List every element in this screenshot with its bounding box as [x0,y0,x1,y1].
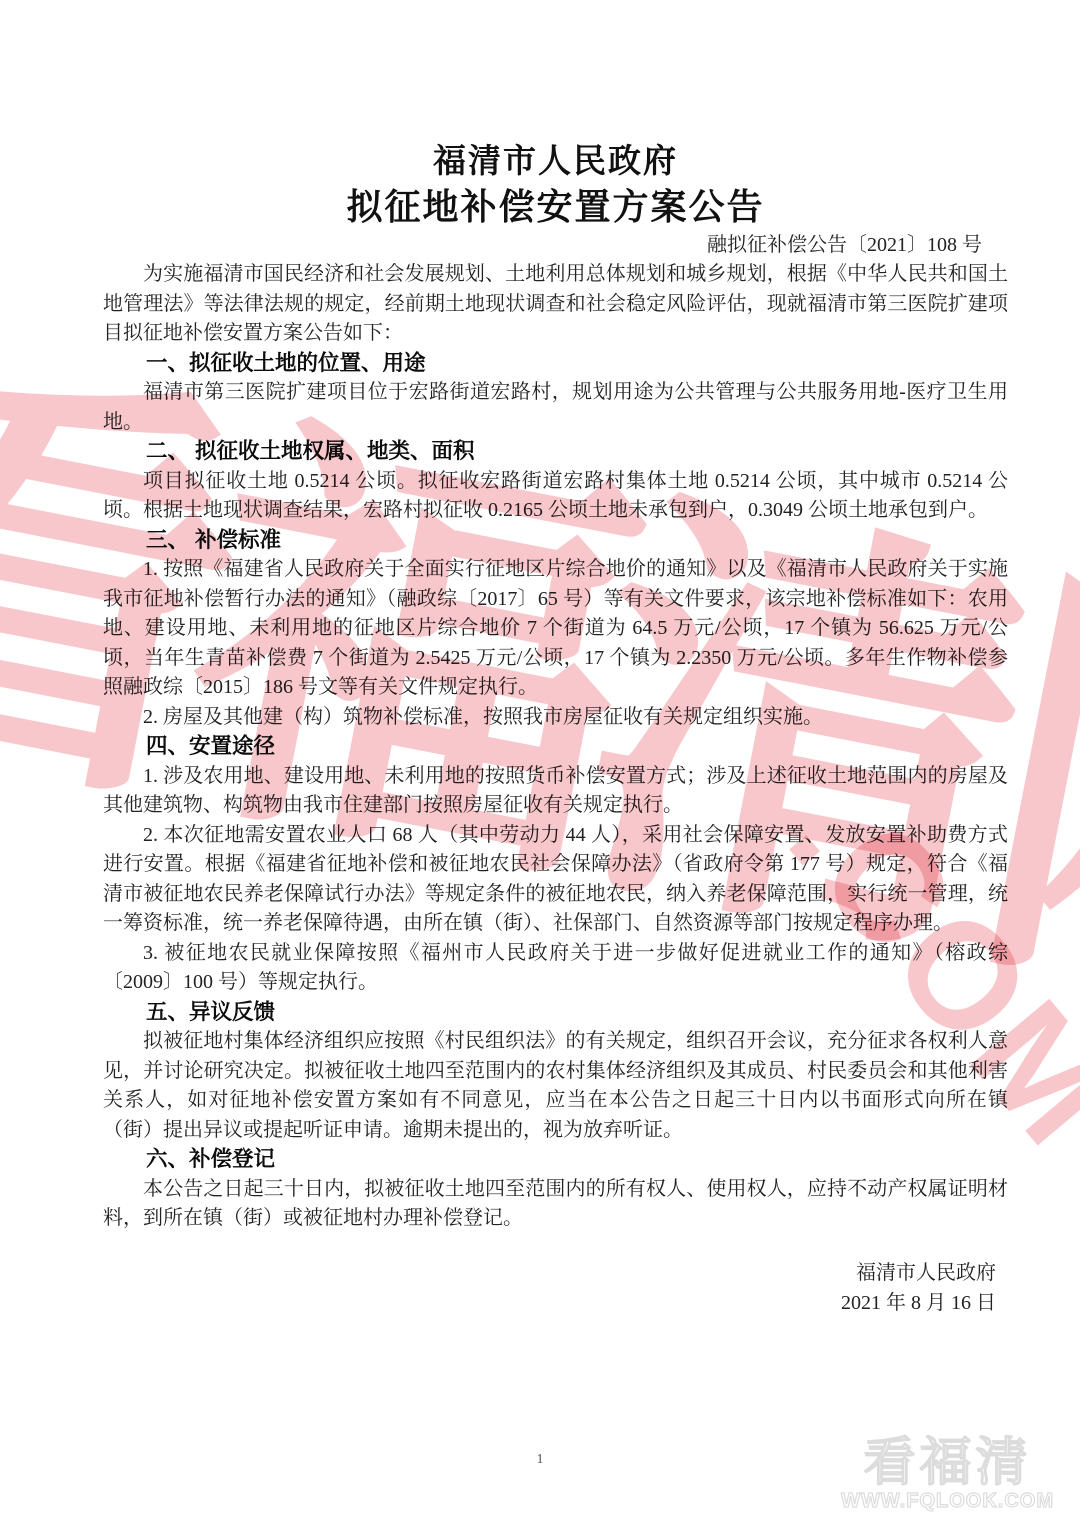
section-paragraph: 1. 涉及农用地、建设用地、未利用地的按照货币补偿安置方式；涉及上述征收土地范围… [103,762,1008,821]
document-number: 融拟征补偿公告〔2021〕108 号 [103,232,1008,258]
document-title-line1: 福清市人民政府 [103,140,1008,182]
site-watermark-url: WWW.FQLOOK.COM [841,1490,1054,1512]
section-heading-5: 五、异议反馈 [103,998,1008,1028]
document-content: 为实施福清市国民经济和社会发展规划、土地利用总体规划和城乡规划，根据《中华人民共… [103,260,1008,1234]
section-paragraph: 1. 按照《福建省人民政府关于全面实行征地区片综合地价的通知》以及《福清市人民政… [103,555,1008,703]
announcement-page: 福清市人民政府 拟征地补偿安置方案公告 融拟征补偿公告〔2021〕108 号 为… [0,0,1080,1526]
section-heading-1: 一、拟征收土地的位置、用途 [103,349,1008,379]
section-paragraph: 2. 房屋及其他建（构）筑物补偿标准，按照我市房屋征收有关规定组织实施。 [103,703,1008,733]
section-paragraph: 拟被征地村集体经济组织应按照《村民组织法》的有关规定，组织召开会议，充分征求各权… [103,1027,1008,1145]
section-paragraph: 本公告之日起三十日内，拟被征收土地四至范围内的所有权人、使用权人，应持不动产权属… [103,1175,1008,1234]
document-title-line2: 拟征地补偿安置方案公告 [103,184,1008,230]
section-heading-6: 六、补偿登记 [103,1145,1008,1175]
page-number: 1 [0,1452,1080,1468]
intro-paragraph: 为实施福清市国民经济和社会发展规划、土地利用总体规划和城乡规划，根据《中华人民共… [103,260,1008,349]
section-paragraph: 福清市第三医院扩建项目位于宏路街道宏路村，规划用途为公共管理与公共服务用地-医疗… [103,378,1008,437]
site-watermark: 看福清 WWW.FQLOOK.COM [841,1436,1054,1512]
section-heading-3: 三、 补偿标准 [103,526,1008,556]
section-paragraph: 项目拟征收土地 0.5214 公顷。拟征收宏路街道宏路村集体土地 0.5214 … [103,467,1008,526]
issue-date: 2021 年 8 月 16 日 [103,1288,996,1318]
section-heading-2: 二、 拟征收土地权属、地类、面积 [103,437,1008,467]
document-body: 福清市人民政府 拟征地补偿安置方案公告 融拟征补偿公告〔2021〕108 号 为… [103,0,1008,1318]
issuing-authority: 福清市人民政府 [103,1258,996,1288]
signature-block: 福清市人民政府 2021 年 8 月 16 日 [103,1258,1008,1318]
section-paragraph: 3. 被征地农民就业保障按照《福州市人民政府关于进一步做好促进就业工作的通知》（… [103,939,1008,998]
section-heading-4: 四、安置途径 [103,732,1008,762]
section-paragraph: 2. 本次征地需安置农业人口 68 人（其中劳动力 44 人），采用社会保障安置… [103,821,1008,939]
